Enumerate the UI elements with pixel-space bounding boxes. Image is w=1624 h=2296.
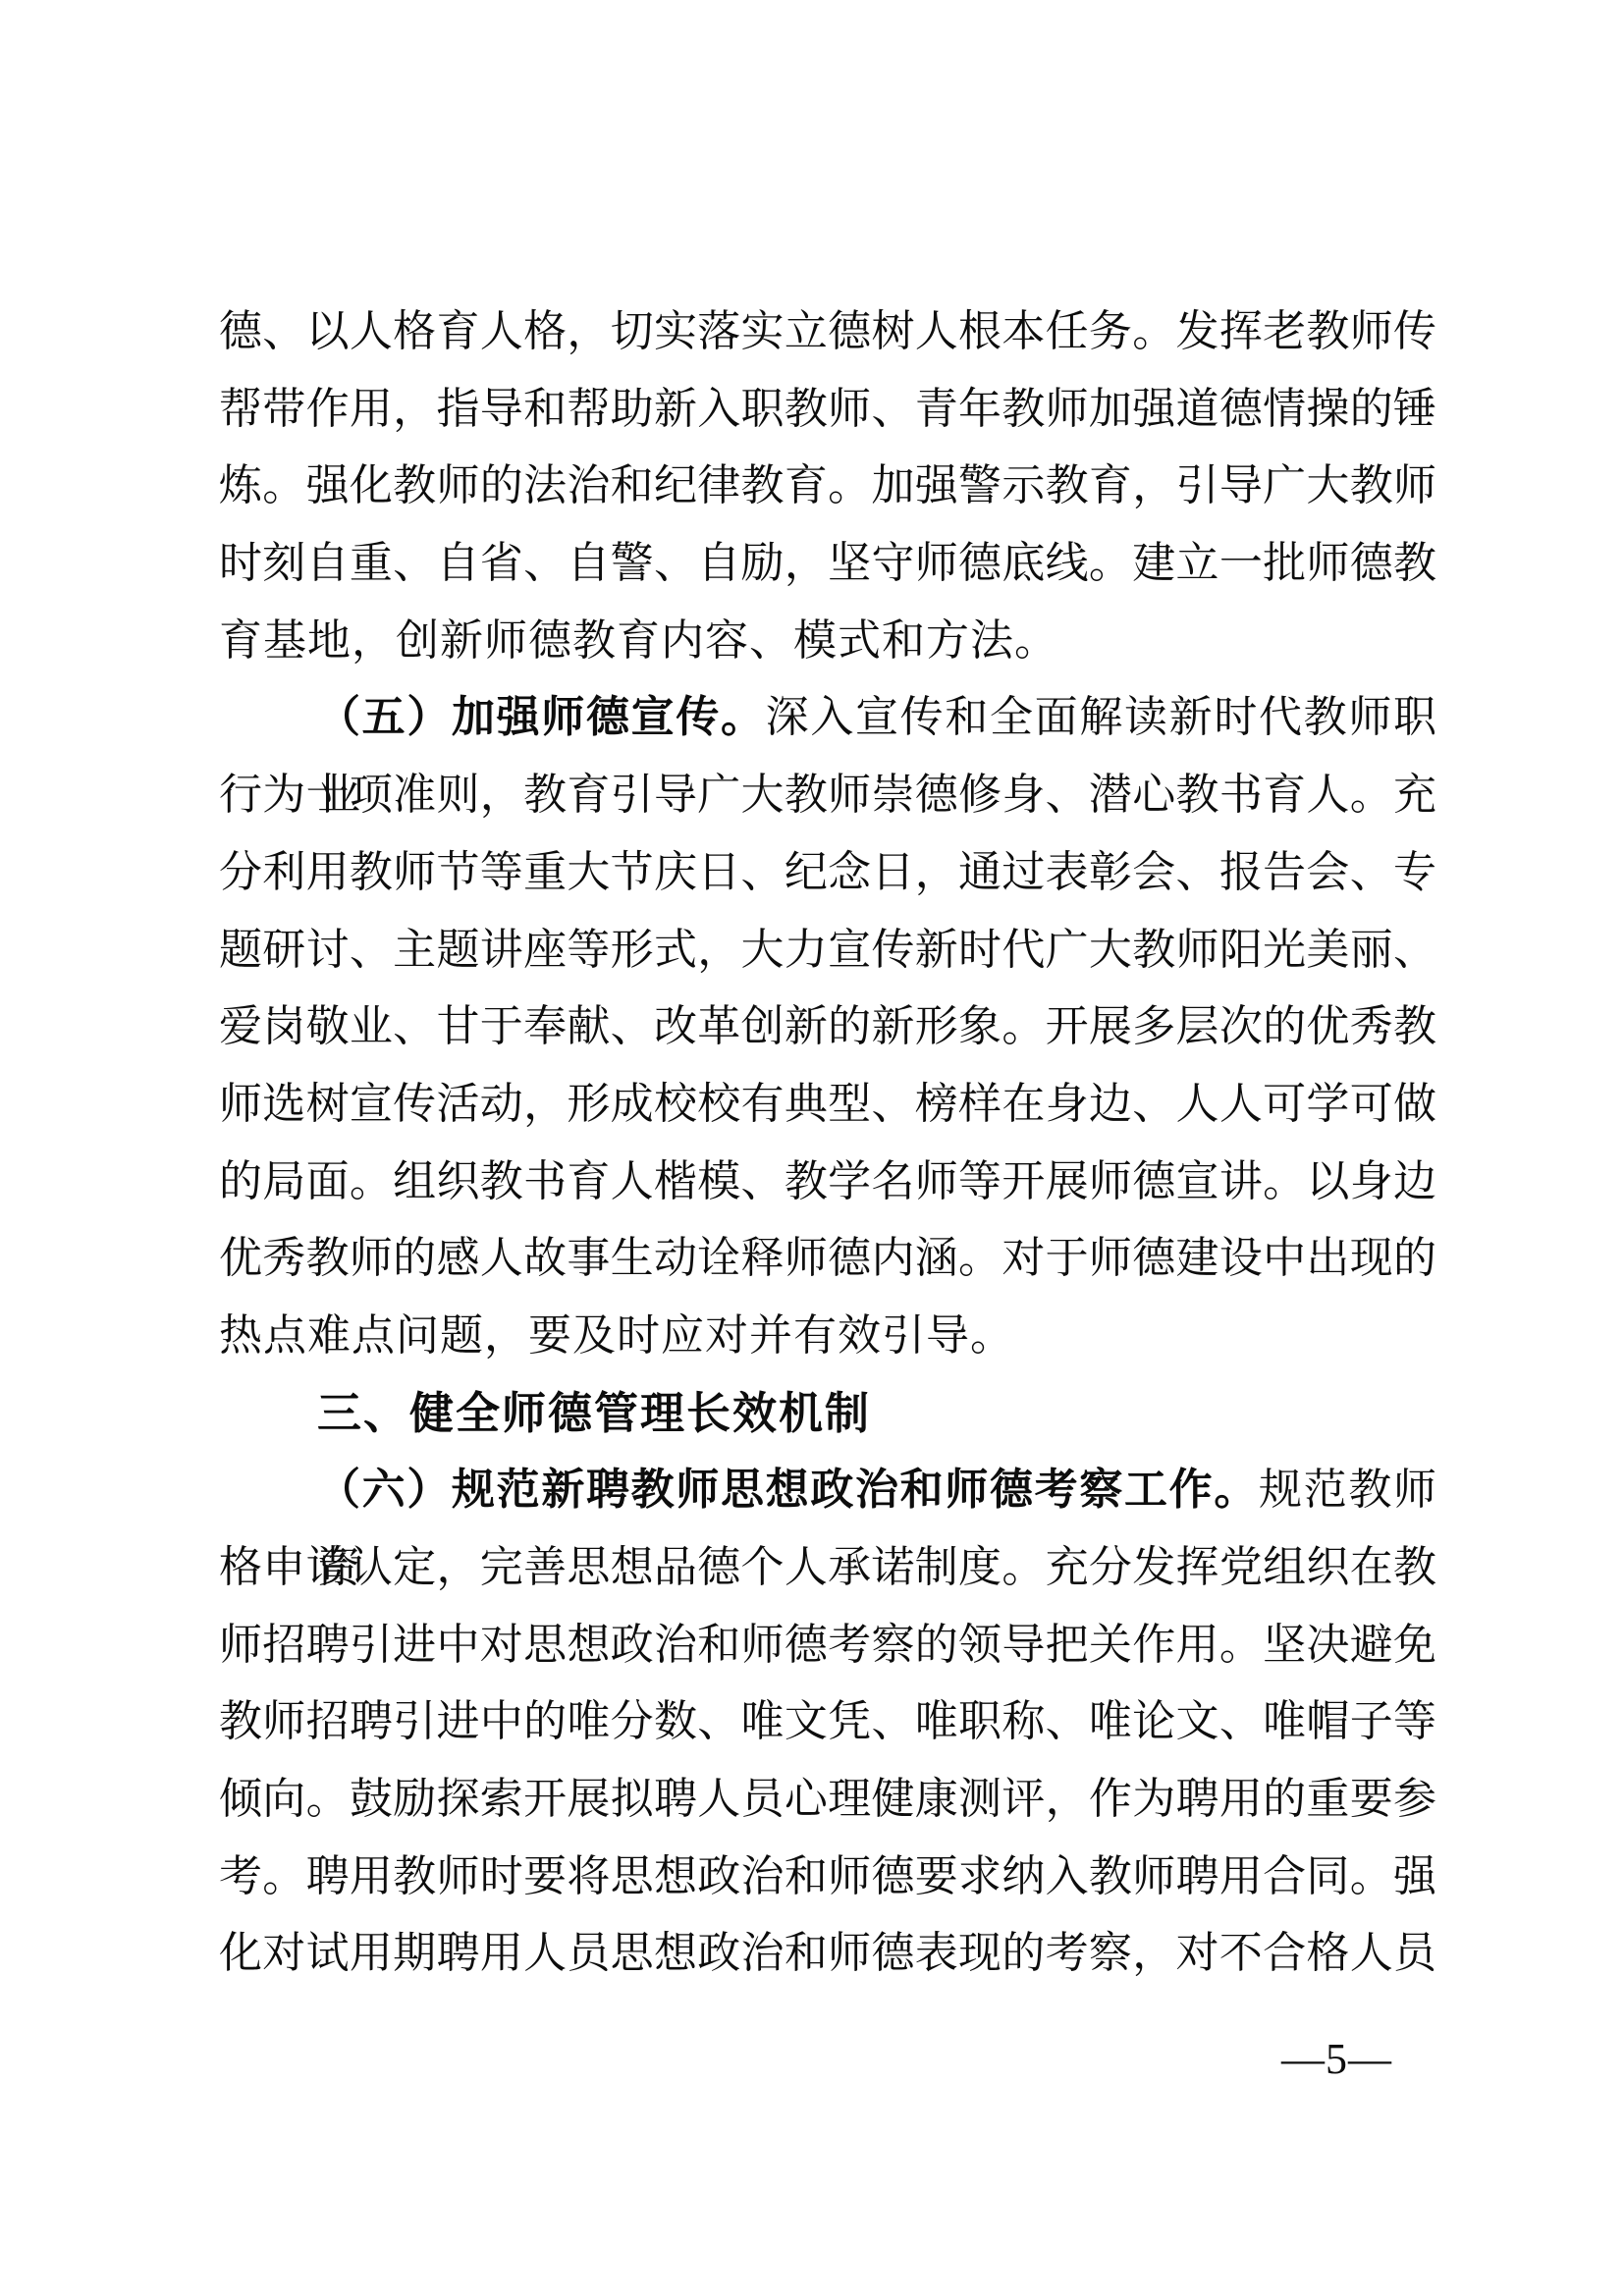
text-line: 师选树宣传活动，形成校校有典型、榜样在身边、人人可学可做 [219, 1066, 1436, 1144]
paragraph-lead-bold: （五）加强师德宣传。 [317, 693, 766, 741]
text-line: 格申请认定，完善思想品德个人承诺制度。充分发挥党组织在教 [219, 1529, 1436, 1607]
paragraph-start-line: （六）规范新聘教师思想政治和师德考察工作。规范教师资 [219, 1452, 1436, 1529]
text-line: 倾向。鼓励探索开展拟聘人员心理健康测评，作为聘用的重要参 [219, 1761, 1436, 1839]
text-line: 的局面。组织教书育人楷模、教学名师等开展师德宣讲。以身边 [219, 1144, 1436, 1221]
paragraph-lead-bold: （六）规范新聘教师思想政治和师德考察工作。 [317, 1466, 1259, 1514]
document-page: 德、以人格育人格，切实落实立德树人根本任务。发挥老教师传 帮带作用，指导和帮助新… [0, 0, 1624, 2296]
text-line-paragraph-end: 热点难点问题，要及时应对并有效引导。 [219, 1298, 1436, 1375]
page-number: —5— [1281, 2034, 1392, 2084]
text-line: 帮带作用，指导和帮助新入职教师、青年教师加强道德情操的锤 [219, 371, 1436, 449]
text-line: 优秀教师的感人故事生动诠释师德内涵。对于师德建设中出现的 [219, 1220, 1436, 1298]
document-body: 德、以人格育人格，切实落实立德树人根本任务。发挥老教师传 帮带作用，指导和帮助新… [219, 294, 1436, 1993]
text-line: 化对试用期聘用人员思想政治和师德表现的考察，对不合格人员 [219, 1915, 1436, 1993]
section-heading: 三、健全师德管理长效机制 [219, 1375, 1436, 1453]
text-line: 分利用教师节等重大节庆日、纪念日，通过表彰会、报告会、专 [219, 834, 1436, 912]
paragraph-start-line: （五）加强师德宣传。深入宣传和全面解读新时代教师职业 [219, 679, 1436, 757]
text-line: 师招聘引进中对思想政治和师德考察的领导把关作用。坚决避免 [219, 1607, 1436, 1684]
text-line: 行为十项准则，教育引导广大教师崇德修身、潜心教书育人。充 [219, 757, 1436, 834]
text-line: 题研讨、主题讲座等形式，大力宣传新时代广大教师阳光美丽、 [219, 912, 1436, 989]
text-line: 德、以人格育人格，切实落实立德树人根本任务。发挥老教师传 [219, 294, 1436, 371]
text-line: 爱岗敬业、甘于奉献、改革创新的新形象。开展多层次的优秀教 [219, 988, 1436, 1066]
text-line-paragraph-end: 育基地，创新师德教育内容、模式和方法。 [219, 603, 1436, 680]
text-line: 时刻自重、自省、自警、自励，坚守师德底线。建立一批师德教 [219, 525, 1436, 603]
text-line: 教师招聘引进中的唯分数、唯文凭、唯职称、唯论文、唯帽子等 [219, 1683, 1436, 1761]
text-line: 考。聘用教师时要将思想政治和师德要求纳入教师聘用合同。强 [219, 1839, 1436, 1916]
text-line: 炼。强化教师的法治和纪律教育。加强警示教育，引导广大教师 [219, 448, 1436, 525]
